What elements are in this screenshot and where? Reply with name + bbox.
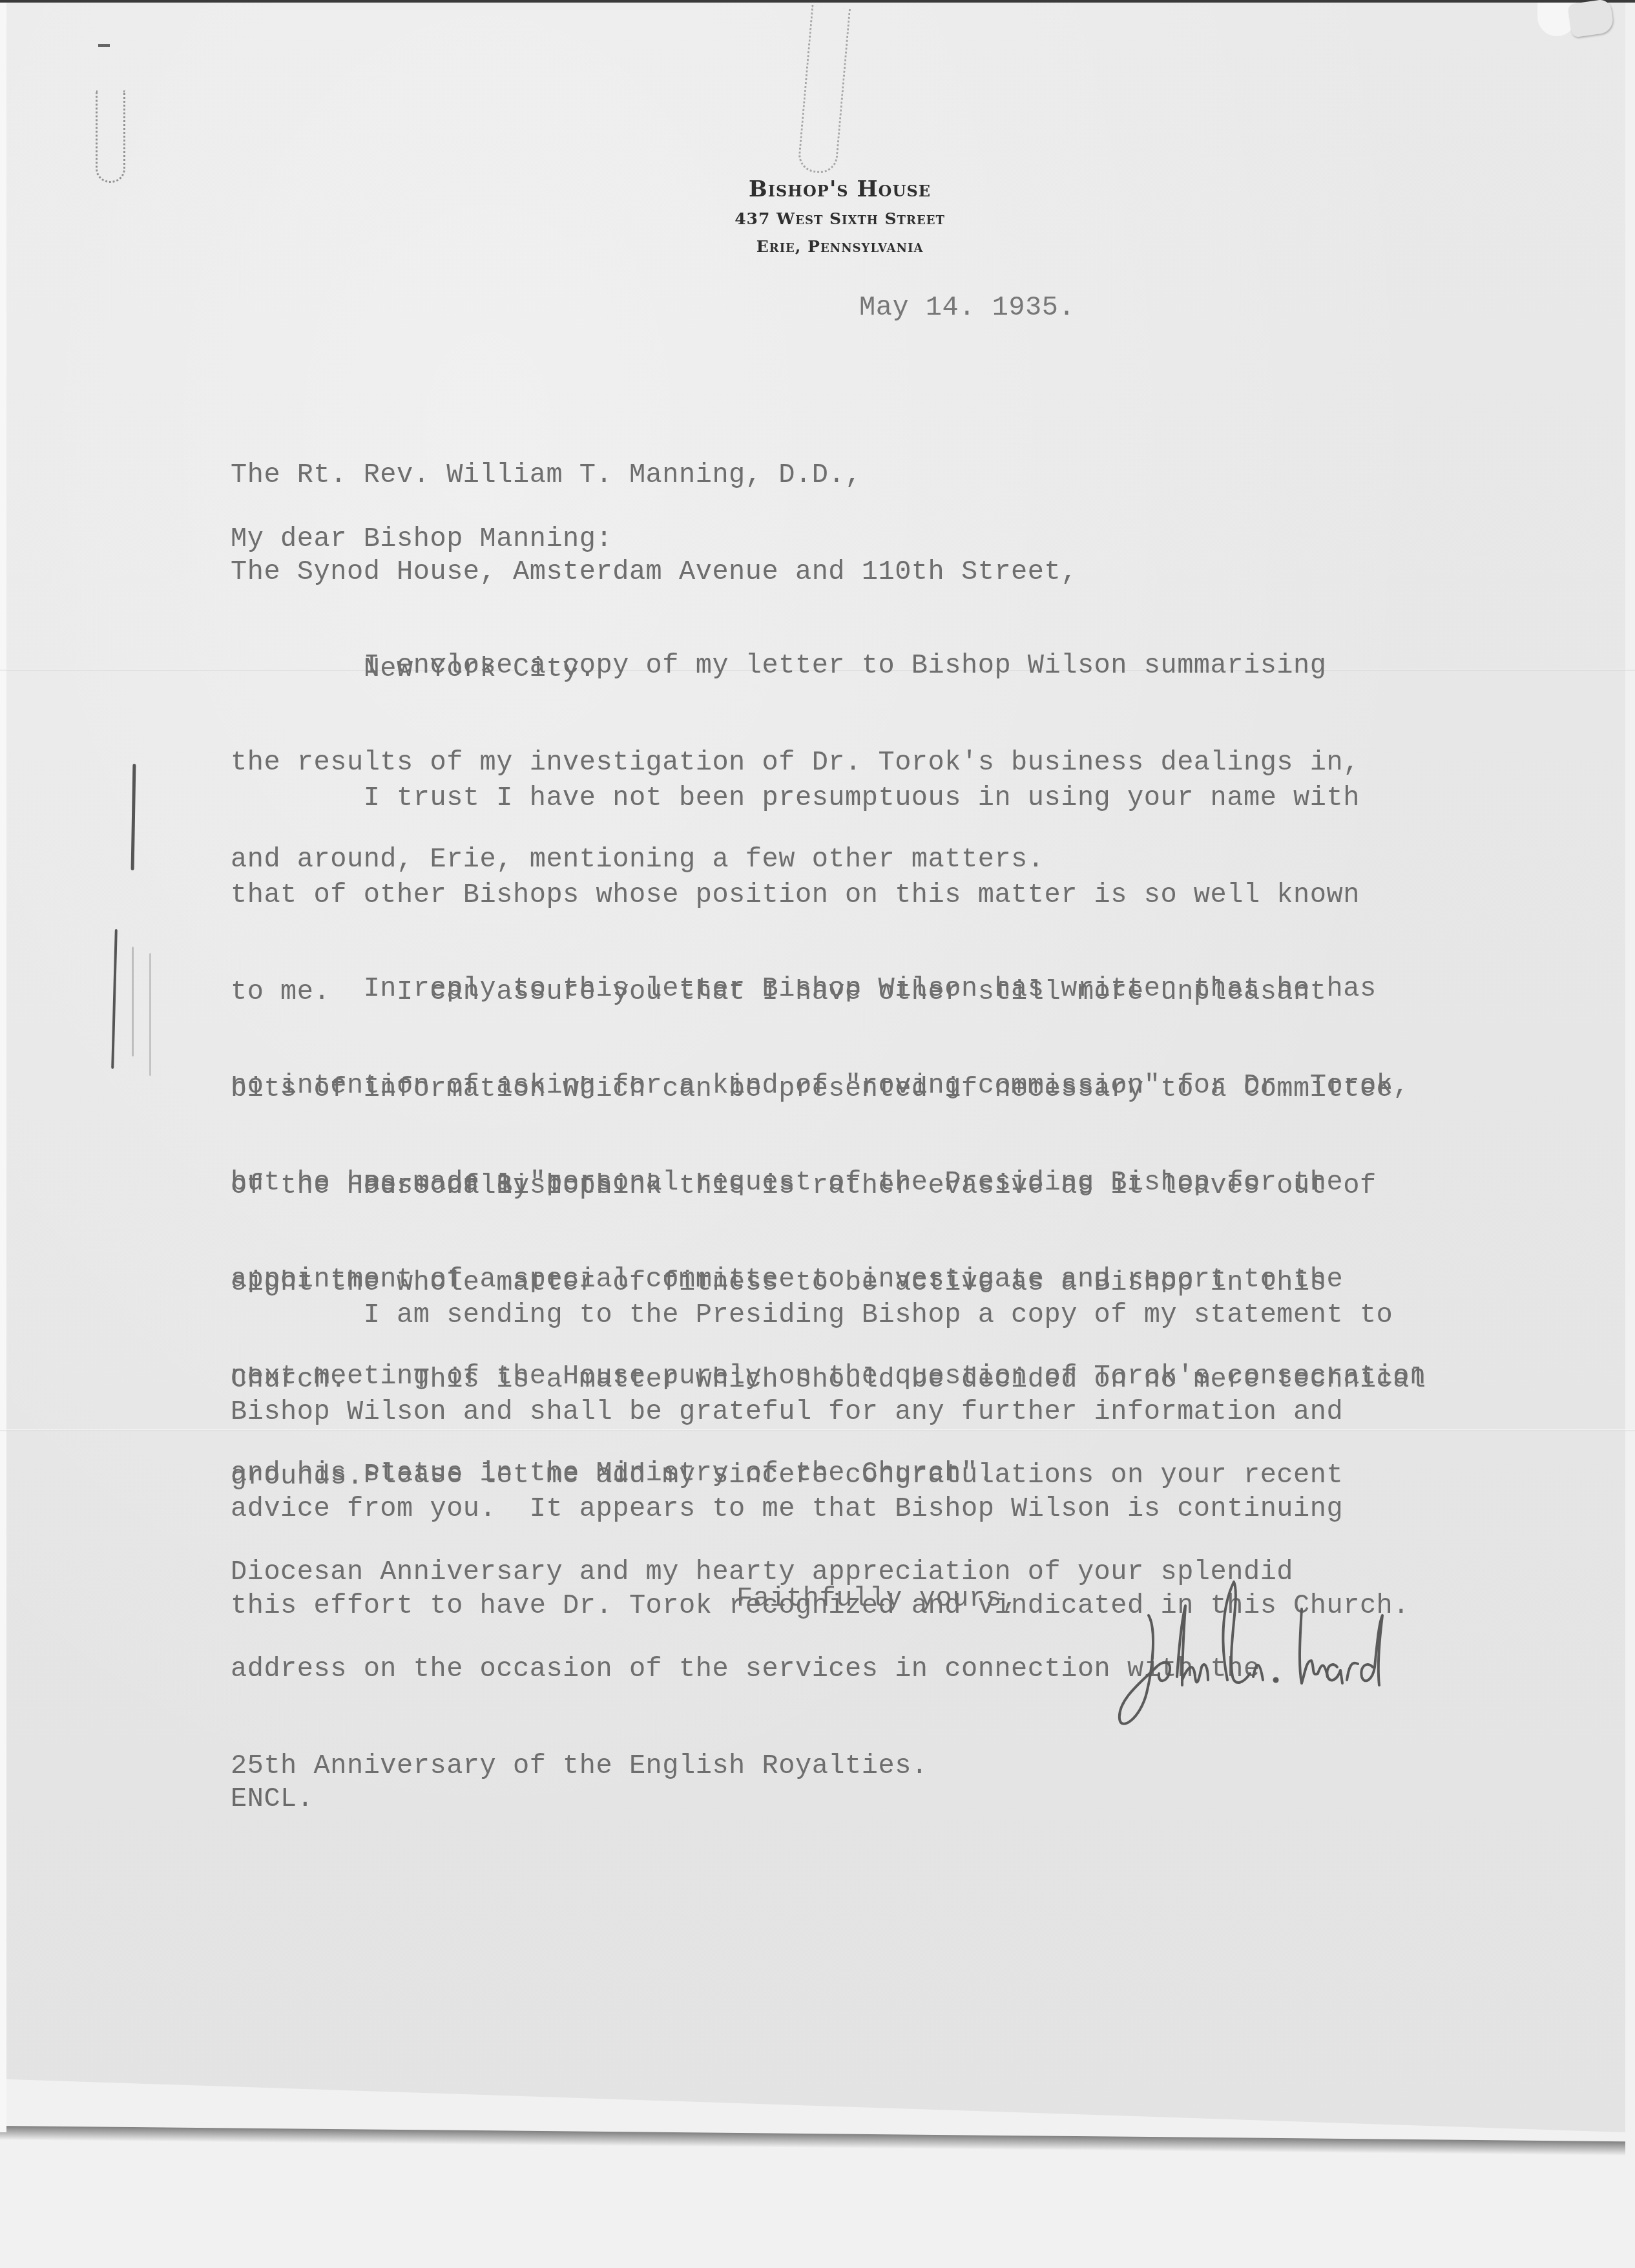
letterhead-city: Erie, Pennsylvania — [646, 234, 1034, 260]
paperclip-rust-tick — [98, 44, 110, 47]
enclosure-notation: ENCL. — [231, 1783, 314, 1814]
text-line: I enclose a copy of my letter to Bishop … — [231, 649, 1360, 682]
text-line: Personally I think this is rather evasiv… — [231, 1170, 1426, 1202]
letterhead-name: Bishop's House — [646, 174, 1034, 204]
letterhead: Bishop's House 437 West Sixth Street Eri… — [646, 174, 1034, 260]
recipient-line: The Synod House, Amsterdam Avenue and 11… — [231, 556, 1078, 588]
text-line: Please let me add my sincere congratulat… — [231, 1459, 1343, 1491]
pencil-margin-mark-faint — [132, 947, 134, 1056]
pencil-margin-mark-faint — [149, 953, 151, 1076]
paperclip-rust-mark-left — [96, 90, 125, 183]
text-line: that of other Bishops whose position on … — [231, 879, 1393, 911]
handwritten-signature — [1118, 1570, 1557, 1738]
recipient-line: The Rt. Rev. William T. Manning, D.D., — [231, 459, 1078, 491]
text-line: 25th Anniversary of the English Royaltie… — [231, 1750, 1343, 1782]
text-line: I am sending to the Presiding Bishop a c… — [231, 1299, 1410, 1331]
scan-left-margin — [0, 0, 6, 2132]
text-line: In reply to this letter Bishop Wilson ha… — [231, 972, 1426, 1005]
salutation: My dear Bishop Manning: — [231, 523, 612, 554]
scan-top-edge — [0, 0, 1635, 3]
closing: Faithfully yours, — [736, 1583, 1019, 1614]
text-line: no intention of asking for a kind of "ro… — [231, 1069, 1426, 1102]
letter-date: May 14. 1935. — [859, 292, 1075, 323]
text-line: I trust I have not been presumptuous in … — [231, 782, 1393, 814]
letterhead-street: 437 West Sixth Street — [646, 204, 1034, 234]
